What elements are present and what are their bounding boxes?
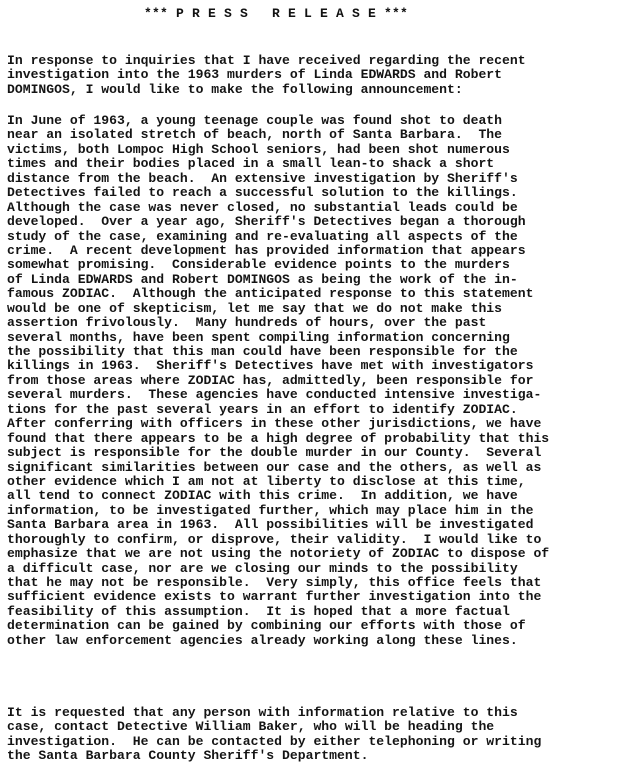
text-line: sufficient evidence exists to warrant fu… [7,590,549,604]
text-line: It is requested that any person with inf… [7,706,541,720]
text-line: feasibility of this assumption. It is ho… [7,605,549,619]
text-line: victims, both Lompoc High School seniors… [7,143,549,157]
text-line: of Linda EDWARDS and Robert DOMINGOS as … [7,273,549,287]
text-line: information, to be investigated further,… [7,504,549,518]
text-line: study of the case, examining and re-eval… [7,230,549,244]
text-line: After conferring with officers in these … [7,417,549,431]
text-line: developed. Over a year ago, Sheriff's De… [7,215,549,229]
text-line: subject is responsible for the double mu… [7,446,549,460]
text-line: from those areas where ZODIAC has, admit… [7,374,549,388]
text-line: assertion frivolously. Many hundreds of … [7,316,549,330]
text-line: distance from the beach. An extensive in… [7,172,549,186]
text-line: Although the case was never closed, no s… [7,201,549,215]
text-line: somewhat promising. Considerable evidenc… [7,258,549,272]
paragraph-contact-request: It is requested that any person with inf… [7,706,541,763]
text-line: times and their bodies placed in a small… [7,157,549,171]
text-line: Detectives failed to reach a successful … [7,186,549,200]
text-line: would be one of skepticism, let me say t… [7,302,549,316]
text-line: that he may not be responsible. Very sim… [7,576,549,590]
text-line: In June of 1963, a young teenage couple … [7,114,549,128]
text-line: famous ZODIAC. Although the anticipated … [7,287,549,301]
text-line: investigation. He can be contacted by ei… [7,735,541,749]
text-line: In response to inquiries that I have rec… [7,54,526,68]
paragraph-intro: In response to inquiries that I have rec… [7,54,526,97]
text-line: the possibility that this man could have… [7,345,549,359]
text-line: tions for the past several years in an e… [7,403,549,417]
text-line: several murders. These agencies have con… [7,388,549,402]
text-line: several months, have been spent compilin… [7,331,549,345]
text-line: investigation into the 1963 murders of L… [7,68,526,82]
text-line: DOMINGOS, I would like to make the follo… [7,83,526,97]
text-line: crime. A recent development has provided… [7,244,549,258]
text-line: near an isolated stretch of beach, north… [7,128,549,142]
text-line: killings in 1963. Sheriff's Detectives h… [7,359,549,373]
text-line: Santa Barbara area in 1963. All possibil… [7,518,549,532]
text-line: a difficult case, nor are we closing our… [7,562,549,576]
text-line: determination can be gained by combining… [7,619,549,633]
text-line: thoroughly to confirm, or disprove, thei… [7,533,549,547]
text-line: found that there appears to be a high de… [7,432,549,446]
document-title: *** P R E S S R E L E A S E *** [144,6,408,22]
text-line: case, contact Detective William Baker, w… [7,720,541,734]
text-line: other evidence which I am not at liberty… [7,475,549,489]
text-line: the Santa Barbara County Sheriff's Depar… [7,749,541,763]
text-line: significant similarities between our cas… [7,461,549,475]
text-line: emphasize that we are not using the noto… [7,547,549,561]
paragraph-case-details: In June of 1963, a young teenage couple … [7,114,549,648]
text-line: all tend to connect ZODIAC with this cri… [7,489,549,503]
text-line: other law enforcement agencies already w… [7,634,549,648]
